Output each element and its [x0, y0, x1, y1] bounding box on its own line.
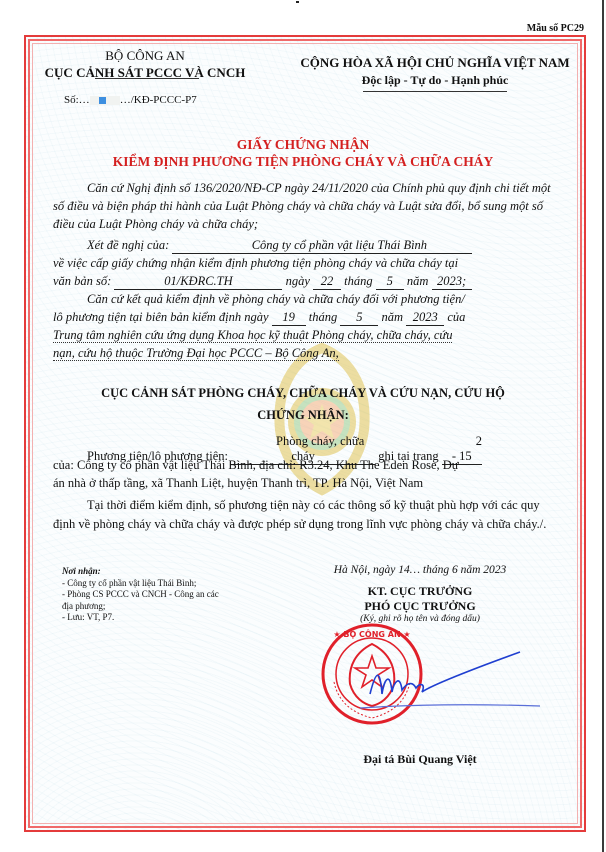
document-number: Số:……/KĐ-PCCC-P7: [64, 94, 197, 106]
decree-basis: Căn cứ Nghị định số 136/2020/NĐ-CP ngày …: [53, 179, 563, 233]
certificate-title: GIẤY CHỨNG NHẬN: [0, 137, 606, 153]
doc-year-label: năm: [407, 274, 429, 288]
ministry-name: BỘ CÔNG AN: [0, 48, 290, 64]
owner-line-2: án nhà ở thấp tầng, xã Thanh Liệt, huyện…: [53, 474, 563, 492]
conclusion: Tại thời điểm kiểm định, số phương tiện …: [53, 496, 563, 534]
signature-block: Hà Nội, ngày 14… tháng 6 năm 2023 KT. CỤ…: [300, 564, 540, 624]
certificate-subtitle: KIỂM ĐỊNH PHƯƠNG TIỆN PHÒNG CHÁY VÀ CHỮA…: [0, 154, 606, 170]
motto-divider: [363, 91, 507, 92]
request-line: Xét đề nghị của: Công ty cổ phần vật liệ…: [53, 236, 563, 254]
svg-text:★ BỘ CÔNG AN ★: ★ BỘ CÔNG AN ★: [333, 628, 410, 639]
request-label: Xét đề nghị của:: [87, 238, 169, 252]
doc-month: 5: [376, 274, 404, 290]
issue-date: Hà Nội, ngày 14… tháng 6 năm 2023: [300, 564, 540, 576]
result-text: lô phương tiện tại biên bản kiểm định ng…: [53, 310, 269, 324]
doc-number: 01/KĐRC.TH: [114, 274, 282, 290]
result-year: 2023: [406, 310, 444, 326]
recipients-label: Nơi nhận:: [62, 566, 222, 578]
result-day: 19: [272, 310, 306, 326]
testing-center: Trung tâm nghiên cứu ứng dụng Khoa học k…: [53, 326, 563, 362]
doc-day: 22: [313, 274, 341, 290]
doc-month-label: tháng: [344, 274, 372, 288]
number-prefix: Số:…: [64, 94, 90, 106]
result-month-label: tháng: [309, 310, 337, 324]
page-edge: [602, 0, 604, 852]
agency-title: CỤC CẢNH SÁT PHÒNG CHÁY, CHỮA CHÁY VÀ CỨ…: [0, 386, 606, 401]
result-month: 5: [340, 310, 378, 326]
result-year-label: năm: [382, 310, 404, 324]
doc-year: 2023;: [432, 274, 472, 290]
nation-header: CỘNG HÒA XÃ HỘI CHỦ NGHĨA VIỆT NAM Độc l…: [290, 55, 580, 92]
center-line-1: Trung tâm nghiên cứu ứng dụng Khoa học k…: [53, 328, 452, 343]
recipient-item: - Phòng CS PCCC và CNCH - Công an các đị…: [62, 589, 222, 612]
recipient-item: - Lưu: VT, P7.: [62, 612, 222, 624]
doc-day-label: ngày: [286, 274, 310, 288]
signer-name: Đại tá Bùi Quang Việt: [300, 752, 540, 767]
handwritten-signature-icon: [360, 650, 540, 710]
center-line-2: nạn, cứu hộ thuộc Trường Đại học PCCC – …: [53, 346, 339, 361]
number-suffix: …/KĐ-PCCC-P7: [120, 94, 197, 106]
document-reference: văn bản số: 01/KĐRC.TH ngày 22 tháng 5 n…: [53, 272, 563, 290]
department-name: CỤC CẢNH SÁT PCCC VÀ CNCH: [0, 65, 290, 81]
recipient-item: - Công ty cổ phần vật liệu Thái Bình;: [62, 578, 222, 590]
owner-line-1: của: Công ty cổ phần vật liệu Thái Bình,…: [53, 456, 563, 474]
result-date-line: lô phương tiện tại biên bản kiểm định ng…: [53, 308, 563, 326]
certifies-heading: CHỨNG NHẬN:: [0, 408, 606, 423]
issuer-header: BỘ CÔNG AN CỤC CẢNH SÁT PCCC VÀ CNCH: [0, 48, 290, 79]
doc-label: văn bản số:: [53, 274, 111, 288]
signer-role-1: KT. CỤC TRƯỞNG: [300, 584, 540, 599]
nation-name: CỘNG HÒA XÃ HỘI CHỦ NGHĨA VIỆT NAM: [290, 55, 580, 71]
redacted-number: [90, 96, 120, 105]
form-number: Mẫu số PC29: [527, 23, 584, 34]
result-of: của: [447, 310, 465, 324]
result-basis: Căn cứ kết quả kiểm định về phòng cháy v…: [53, 290, 563, 308]
recipients: Nơi nhận: - Công ty cổ phần vật liệu Thá…: [62, 566, 222, 624]
request-company: Công ty cổ phần vật liệu Thái Bình: [172, 238, 472, 254]
request-text: về việc cấp giấy chứng nhận kiểm định ph…: [53, 254, 563, 272]
scan-mark: [296, 1, 299, 3]
motto: Độc lập - Tự do - Hạnh phúc: [290, 73, 580, 88]
signer-role-2: PHÓ CỤC TRƯỞNG: [300, 599, 540, 614]
